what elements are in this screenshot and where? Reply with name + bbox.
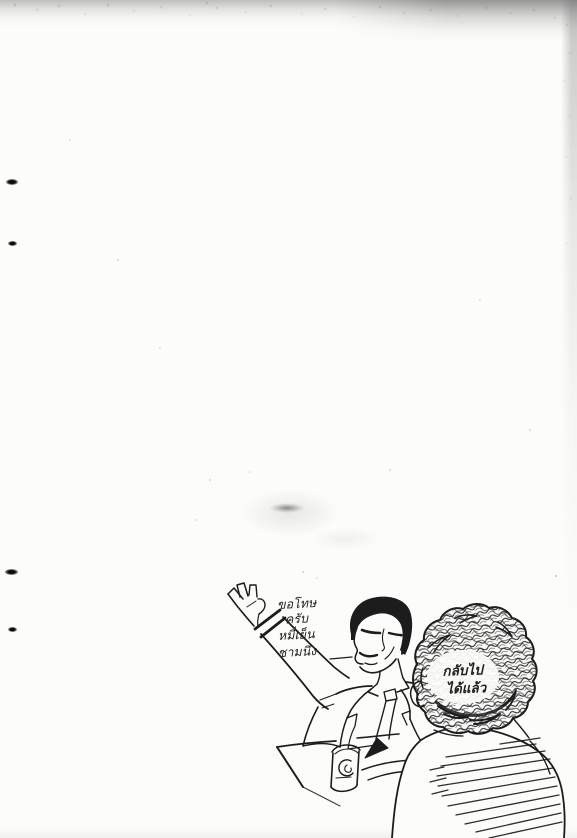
speech-left-line-1: ขอโทษ [277,595,318,612]
figure-back-view [392,604,565,838]
speech-left: ขอโทษ ครับ หมี่เย็น ชามนึง [275,595,320,660]
speech-right-line-2: ได้แล้ว [446,679,488,697]
speech-right-line-1: กลับไป [442,661,485,679]
illustration: ขอโทษ ครับ หมี่เย็น ชามนึง [0,0,577,838]
man-face [354,628,409,684]
speech-left-line-4: ชามนึง [278,643,318,660]
drinking-glass [331,745,360,791]
speech-left-line-2: ครับ [285,610,310,626]
speech-left-line-3: หมี่เย็น [278,625,316,643]
scanned-page: ขอโทษ ครับ หมี่เย็น ชามนึง [0,0,577,838]
ink-specks [69,139,557,579]
figure-man-ordering [228,583,438,764]
